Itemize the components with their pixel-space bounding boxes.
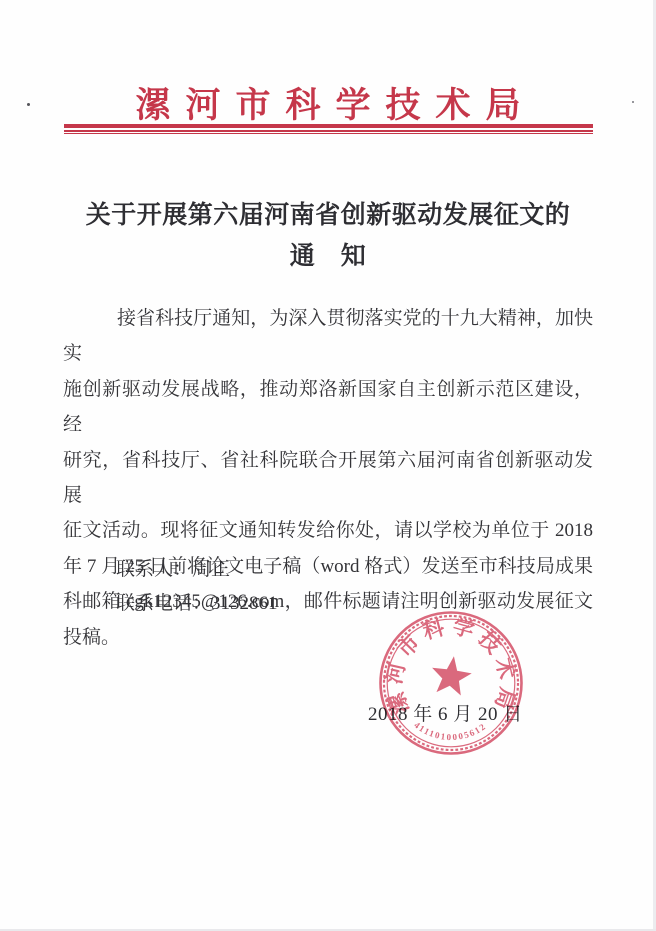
scanned-page: 漯河市科学技术局 关于开展第六届河南省创新驱动发展征文的 通 知 接省科技厅通知… [0, 0, 656, 931]
seal-code-textpath: 4111010005612 [412, 720, 488, 742]
body-line: 施创新驱动发展战略，推动郑洛新国家自主创新示范区建设，经 [63, 372, 593, 443]
official-seal-stamp: 漯河市科学技术局 4111010005612 [375, 607, 527, 759]
rule-medium-line [64, 130, 593, 132]
scan-speck [27, 103, 30, 106]
star-icon [429, 653, 474, 696]
doc-title-line-2: 通 知 [0, 236, 656, 272]
body-line: 研究，省科技厅、省社科院联合开展第六届河南省创新驱动发展 [63, 443, 593, 514]
doc-title-line-1: 关于开展第六届河南省创新驱动发展征文的 [0, 195, 656, 231]
contact-person-line: 联系人：周正 [63, 554, 593, 581]
rule-thin-line [64, 133, 593, 134]
scan-speck [632, 101, 634, 103]
body-line: 征文活动。现将征文通知转发给你处，请以学校为单位于 2018 [63, 513, 593, 548]
letterhead-rule [64, 124, 593, 134]
rule-thick-line [64, 124, 593, 128]
letterhead-title: 漯河市科学技术局 [0, 78, 656, 128]
seal-code-text: 4111010005612 [412, 720, 488, 742]
body-line: 接省科技厅通知，为深入贯彻落实党的十九大精神，加快实 [63, 301, 593, 372]
